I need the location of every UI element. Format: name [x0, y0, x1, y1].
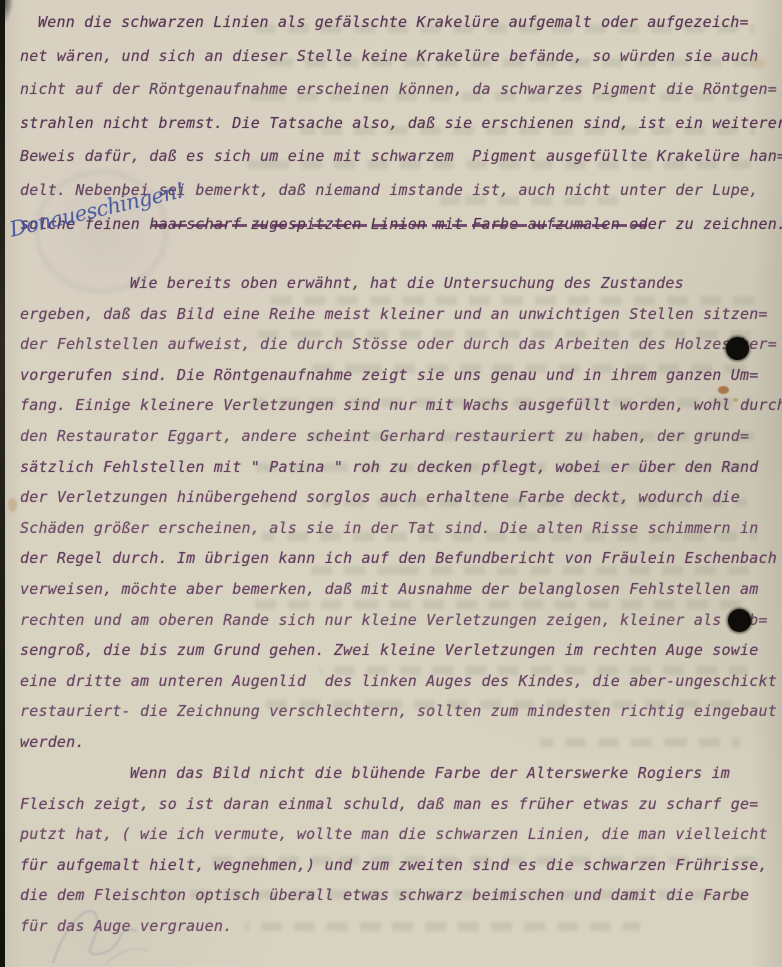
- scanned-document-page: Wenn die schwarzen Linien als gefälschte…: [0, 0, 782, 967]
- typed-line: vorgerufen sind. Die Röntgenaufnahme zei…: [20, 360, 782, 391]
- typed-line: Fleisch zeigt, so ist daran einmal schul…: [20, 789, 768, 820]
- typed-line: putzt hat, ( wie ich vermute, wollte man…: [20, 819, 768, 850]
- typed-line: die dem Fleischton optisch überall etwas…: [20, 880, 768, 911]
- scan-edge-corner: [0, 0, 14, 26]
- scan-edge-left: [0, 0, 5, 967]
- typed-dashed-separator: [152, 224, 650, 227]
- typed-line: strahlen nicht bremst. Die Tatsache also…: [20, 107, 782, 141]
- typed-line: sätzlich Fehlstellen mit " Patina " roh …: [20, 452, 782, 483]
- typed-line: der Regel durch. Im übrigen kann ich auf…: [20, 543, 782, 574]
- typed-line: restauriert- die Zeichnung verschlechter…: [20, 696, 782, 727]
- typed-line: Wie bereits oben erwähnt, hat die Unters…: [20, 268, 782, 299]
- typed-line: für das Auge vergrauen.: [20, 911, 768, 942]
- typed-line: Wenn die schwarzen Linien als gefälschte…: [20, 6, 782, 40]
- typed-line: Beweis dafür, daß es sich um eine mit sc…: [20, 140, 782, 174]
- typed-line: sengroß, die bis zum Grund gehen. Zwei k…: [20, 635, 782, 666]
- typed-line: eine dritte am unteren Augenlid des link…: [20, 666, 782, 697]
- typed-line: der Fehlstellen aufweist, die durch Stös…: [20, 329, 782, 360]
- typed-line: nicht auf der Röntgenaufnahme erscheinen…: [20, 73, 782, 107]
- typed-line: rechten und am oberen Rande sich nur kle…: [20, 605, 782, 636]
- paragraph-farbe: Wenn das Bild nicht die blühende Farbe d…: [20, 758, 768, 942]
- typed-line: werden.: [20, 727, 782, 758]
- typed-line: Wenn das Bild nicht die blühende Farbe d…: [20, 758, 768, 789]
- edge-stain: [8, 498, 17, 512]
- typed-line: net wären, und sich an dieser Stelle kei…: [20, 40, 782, 74]
- typed-line: ergeben, daß das Bild eine Reihe meist k…: [20, 299, 782, 330]
- typed-line: den Restaurator Eggart, andere scheint G…: [20, 421, 782, 452]
- typed-line: Schäden größer erscheinen, als sie in de…: [20, 513, 782, 544]
- paragraph-zustand: Wie bereits oben erwähnt, hat die Unters…: [20, 268, 782, 758]
- typed-line: verweisen, möchte aber bemerken, daß mit…: [20, 574, 782, 605]
- typed-line: für aufgemalt hielt, wegnehmen,) und zum…: [20, 850, 768, 881]
- typed-line: der Verletzungen hinübergehend sorglos a…: [20, 482, 782, 513]
- typed-line: fang. Einige kleinere Verletzungen sind …: [20, 390, 782, 421]
